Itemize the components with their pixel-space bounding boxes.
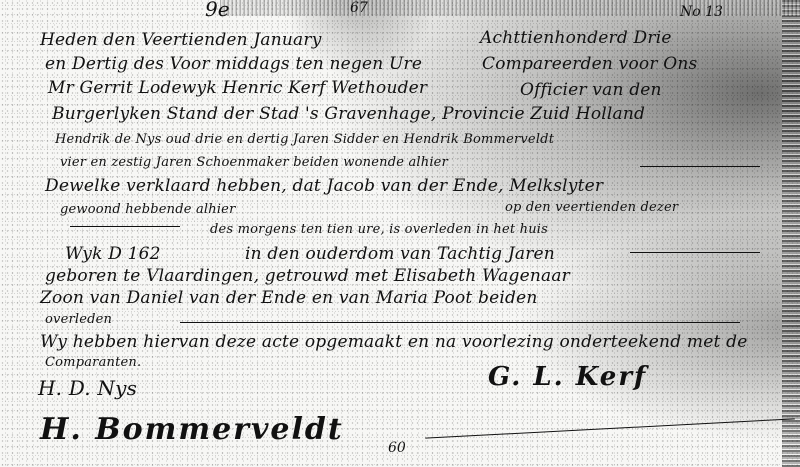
- signature-2: G. L. Kerf: [488, 362, 647, 392]
- text-line-12: Zoon van Daniel van der Ende en van Mari…: [40, 288, 538, 308]
- text-line-1-left: Heden den Veertienden January: [40, 30, 322, 50]
- scanned-document-page: 9e 67 No 13 Heden den Veertienden Januar…: [0, 0, 800, 467]
- text-line-2-right: Compareerden voor Ons: [482, 54, 697, 74]
- page-number: 67: [350, 0, 368, 16]
- line-filler-stroke: [630, 252, 760, 253]
- line-filler-stroke: [180, 322, 740, 323]
- text-line-2-left: en Dertig des Voor middags ten negen Ure: [45, 54, 422, 74]
- text-line-10-left: Wyk D 162: [65, 244, 161, 264]
- text-line-5: Hendrik de Nys oud drie en dertig Jaren …: [55, 132, 554, 147]
- text-line-8-left: gewoond hebbende alhier: [60, 202, 236, 217]
- text-line-6: vier en zestig Jaren Schoenmaker beiden …: [60, 155, 448, 170]
- line-filler-stroke: [70, 226, 180, 227]
- record-mark: 9e: [205, 0, 230, 21]
- corner-note: No 13: [680, 4, 723, 20]
- scan-edge-right: [782, 0, 800, 467]
- text-line-13: overleden: [45, 312, 112, 327]
- signature-1: H. D. Nys: [38, 376, 137, 400]
- text-line-3-right: Officier van den: [520, 80, 662, 100]
- text-line-1-right: Achttienhonderd Drie: [480, 28, 672, 48]
- text-line-15: Comparanten.: [45, 355, 141, 370]
- text-line-4: Burgerlyken Stand der Stad 's Gravenhage…: [52, 104, 645, 124]
- text-line-9: des morgens ten tien ure, is overleden i…: [210, 222, 548, 237]
- text-line-11: geboren te Vlaardingen, getrouwd met Eli…: [45, 266, 570, 286]
- text-line-8-right: op den veertienden dezer: [505, 200, 678, 215]
- text-line-10-right: in den ouderdom van Tachtig Jaren: [245, 244, 555, 264]
- text-line-14: Wy hebben hiervan deze acte opgemaakt en…: [40, 332, 747, 352]
- signature-3: H. Bommerveldt: [40, 412, 344, 447]
- line-filler-stroke: [640, 166, 760, 167]
- margin-number: 60: [388, 440, 406, 456]
- text-line-3-left: Mr Gerrit Lodewyk Henric Kerf Wethouder: [48, 78, 427, 98]
- text-line-7: Dewelke verklaard hebben, dat Jacob van …: [45, 176, 603, 196]
